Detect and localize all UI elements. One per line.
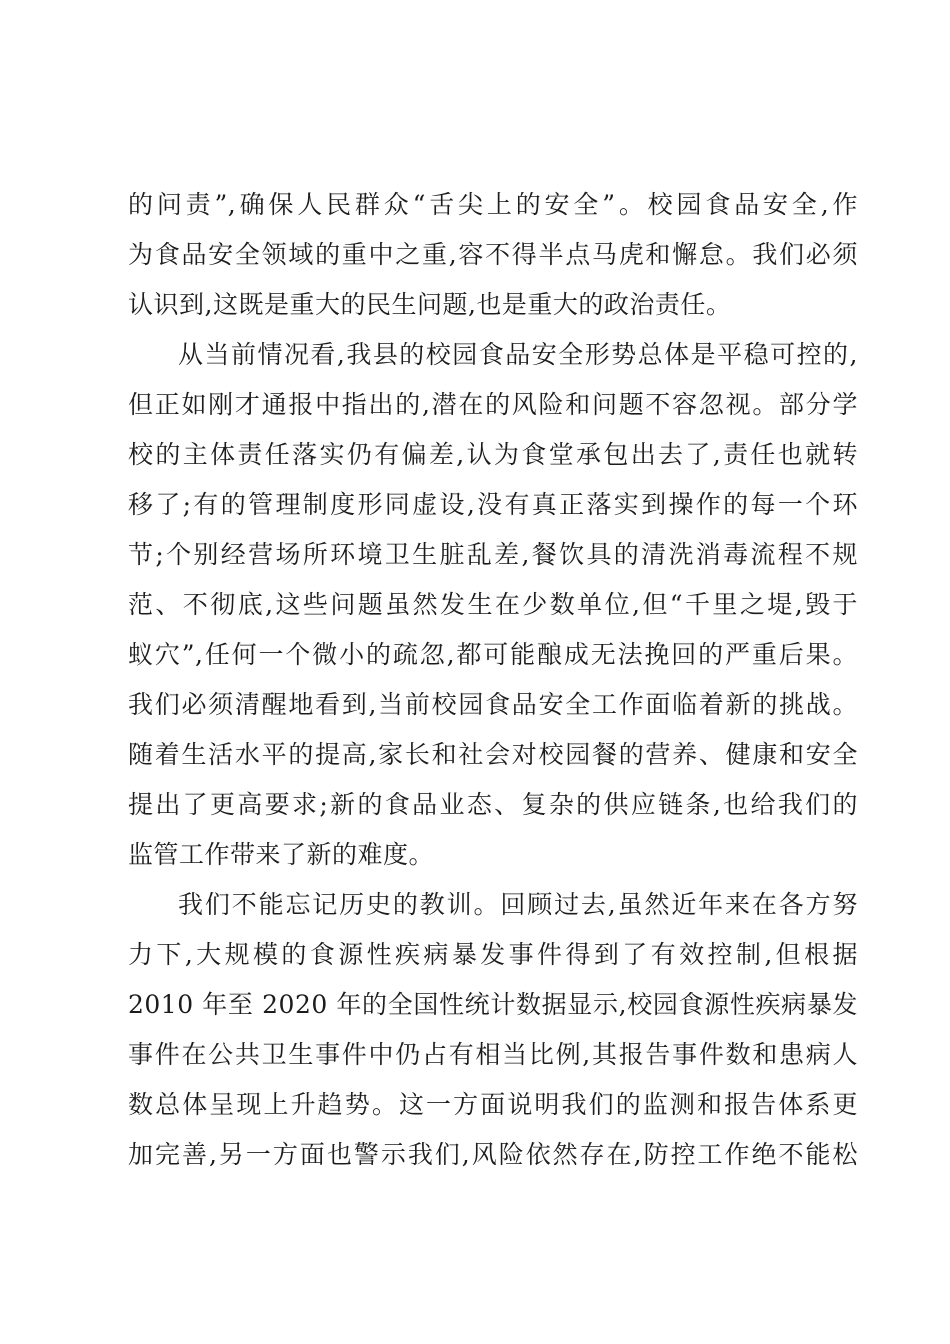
text-line: 事件在公共卫生事件中仍占有相当比例,其报告事件数和患病人: [128, 1030, 858, 1080]
text-line: 监管工作带来了新的难度。: [128, 830, 858, 880]
text-line: 为食品安全领域的重中之重,容不得半点马虎和懈怠。我们必须: [128, 230, 858, 280]
text-line: 移了;有的管理制度形同虚设,没有真正落实到操作的每一个环: [128, 480, 858, 530]
text-line: 蚁穴”,任何一个微小的疏忽,都可能酿成无法挽回的严重后果。: [128, 630, 858, 680]
paragraph-continuation: 的问责”,确保人民群众“舌尖上的安全”。校园食品安全,作 为食品安全领域的重中之…: [128, 180, 858, 330]
document-page: 的问责”,确保人民群众“舌尖上的安全”。校园食品安全,作 为食品安全领域的重中之…: [0, 0, 950, 1344]
text-line: 数总体呈现上升趋势。这一方面说明我们的监测和报告体系更: [128, 1080, 858, 1130]
text-line: 范、不彻底,这些问题虽然发生在少数单位,但“千里之堤,毁于: [128, 580, 858, 630]
text-line: 加完善,另一方面也警示我们,风险依然存在,防控工作绝不能松: [128, 1130, 858, 1180]
text-line: 随着生活水平的提高,家长和社会对校园餐的营养、健康和安全: [128, 730, 858, 780]
document-text-block: 的问责”,确保人民群众“舌尖上的安全”。校园食品安全,作 为食品安全领域的重中之…: [128, 180, 858, 1180]
text-line: 从当前情况看,我县的校园食品安全形势总体是平稳可控的,: [128, 330, 858, 380]
text-line: 力下,大规模的食源性疾病暴发事件得到了有效控制,但根据: [128, 930, 858, 980]
text-line: 的问责”,确保人民群众“舌尖上的安全”。校园食品安全,作: [128, 180, 858, 230]
text-line: 认识到,这既是重大的民生问题,也是重大的政治责任。: [128, 280, 858, 330]
text-line: 校的主体责任落实仍有偏差,认为食堂承包出去了,责任也就转: [128, 430, 858, 480]
text-line: 2010 年至 2020 年的全国性统计数据显示,校园食源性疾病暴发: [128, 980, 858, 1030]
text-line: 我们不能忘记历史的教训。回顾过去,虽然近年来在各方努: [128, 880, 858, 930]
paragraph-historical-lessons: 我们不能忘记历史的教训。回顾过去,虽然近年来在各方努 力下,大规模的食源性疾病暴…: [128, 880, 858, 1180]
paragraph-current-situation: 从当前情况看,我县的校园食品安全形势总体是平稳可控的, 但正如刚才通报中指出的,…: [128, 330, 858, 880]
text-line: 但正如刚才通报中指出的,潜在的风险和问题不容忽视。部分学: [128, 380, 858, 430]
text-line: 我们必须清醒地看到,当前校园食品安全工作面临着新的挑战。: [128, 680, 858, 730]
text-line: 节;个别经营场所环境卫生脏乱差,餐饮具的清洗消毒流程不规: [128, 530, 858, 580]
text-line: 提出了更高要求;新的食品业态、复杂的供应链条,也给我们的: [128, 780, 858, 830]
